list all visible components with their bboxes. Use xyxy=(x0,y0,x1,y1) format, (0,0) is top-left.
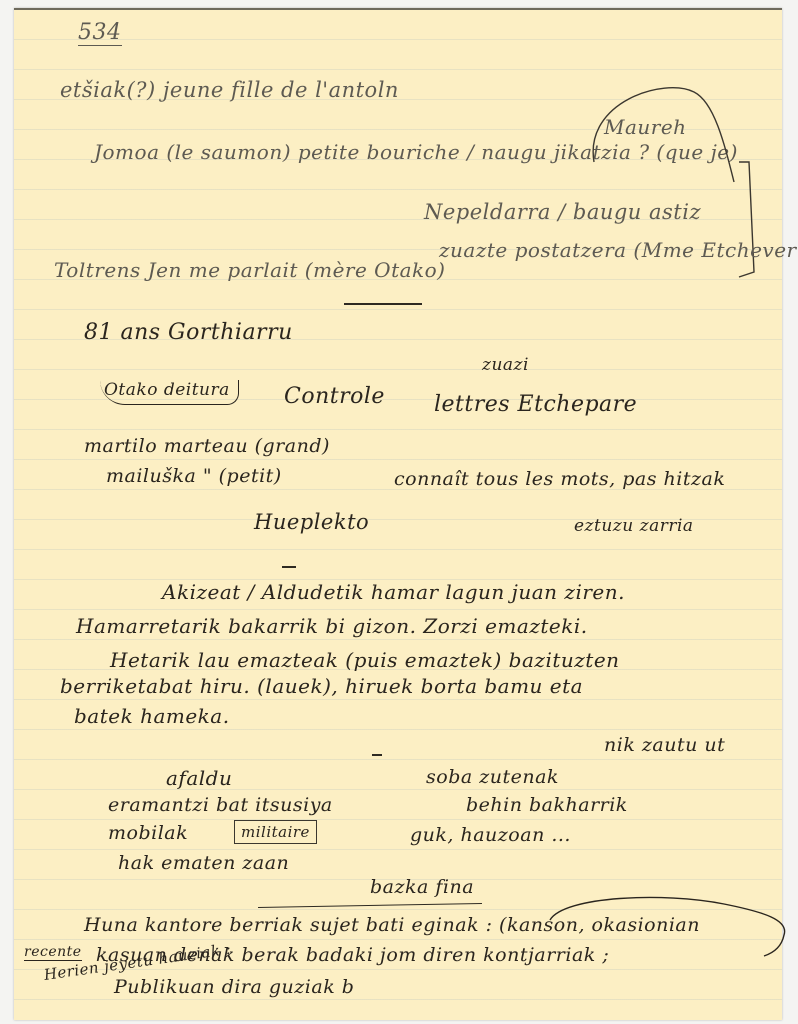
list-left-item-4: hak ematen zaan xyxy=(118,852,289,874)
margin-name: Maureh xyxy=(604,115,687,139)
footer-heading-underline xyxy=(258,903,482,908)
short-dash xyxy=(282,566,296,568)
circled-note: Otako deitura xyxy=(100,380,239,405)
note-line-2: Jomoa (le saumon) petite bouriche / naug… xyxy=(94,140,738,164)
list-left-item-1: afaldu xyxy=(166,766,232,790)
paragraph-line-5: batek hameka. xyxy=(74,704,230,728)
manuscript-page: 534 etšiak(?) jeune fille de l'antoln Jo… xyxy=(14,8,782,1020)
note-line-8c: connaît tous les mots, pas hitzak xyxy=(394,468,725,490)
note-line-4: zuazte postatzera (Mme Etcheverry) xyxy=(439,238,798,262)
list-right-item-2: behin bakharrik xyxy=(466,794,628,816)
margin-label: recente xyxy=(24,944,82,961)
note-lettres: lettres Etchepare xyxy=(434,392,637,417)
paragraph-line-4: berriketabat hiru. (lauek), hiruek borta… xyxy=(60,674,583,698)
note-line-8b: mailuška " (petit) xyxy=(106,465,282,487)
note-controle: Controle xyxy=(284,384,385,409)
note-line-3: Nepeldarra / baugu astiz xyxy=(424,200,701,224)
list-right-item-3: guk, hauzoan ... xyxy=(410,824,571,846)
note-line-6: 81 ans Gorthiarru xyxy=(84,320,293,345)
list-left-item-3: mobilak xyxy=(108,822,188,844)
paragraph-line-1: Akizeat / Aldudetik hamar lagun juan zir… xyxy=(162,580,625,604)
list-right-top: nik zautu ut xyxy=(604,734,725,756)
page-number: 534 xyxy=(78,20,122,46)
paragraph-line-2: Hamarretarik bakarrik bi gizon. Zorzi em… xyxy=(76,614,588,638)
note-line-1: etšiak(?) jeune fille de l'antoln xyxy=(60,78,399,102)
separator-rule xyxy=(344,303,422,305)
paragraph-line-3: Hetarik lau emazteak (puis emaztek) bazi… xyxy=(110,648,620,672)
note-superscript: zuazi xyxy=(482,355,529,375)
note-line-8a: martilo marteau (grand) xyxy=(84,435,330,457)
list-right-item-1: soba zutenak xyxy=(426,766,559,788)
note-line-9: Hueplekto xyxy=(254,510,369,534)
short-dash-2 xyxy=(372,754,382,756)
list-left-item-2: eramantzi bat itsusiya xyxy=(108,794,333,816)
footer-heading: bazka fina xyxy=(370,876,474,898)
note-line-9b: eztuzu zarria xyxy=(574,516,694,536)
note-line-5: Toltrens Jen me parlait (mère Otako) xyxy=(54,258,446,282)
boxed-word: militaire xyxy=(234,820,317,844)
footer-line-1: Huna kantore berriak sujet bati eginak :… xyxy=(84,914,700,936)
footer-line-4: Publikuan dira guziak b xyxy=(114,976,354,998)
